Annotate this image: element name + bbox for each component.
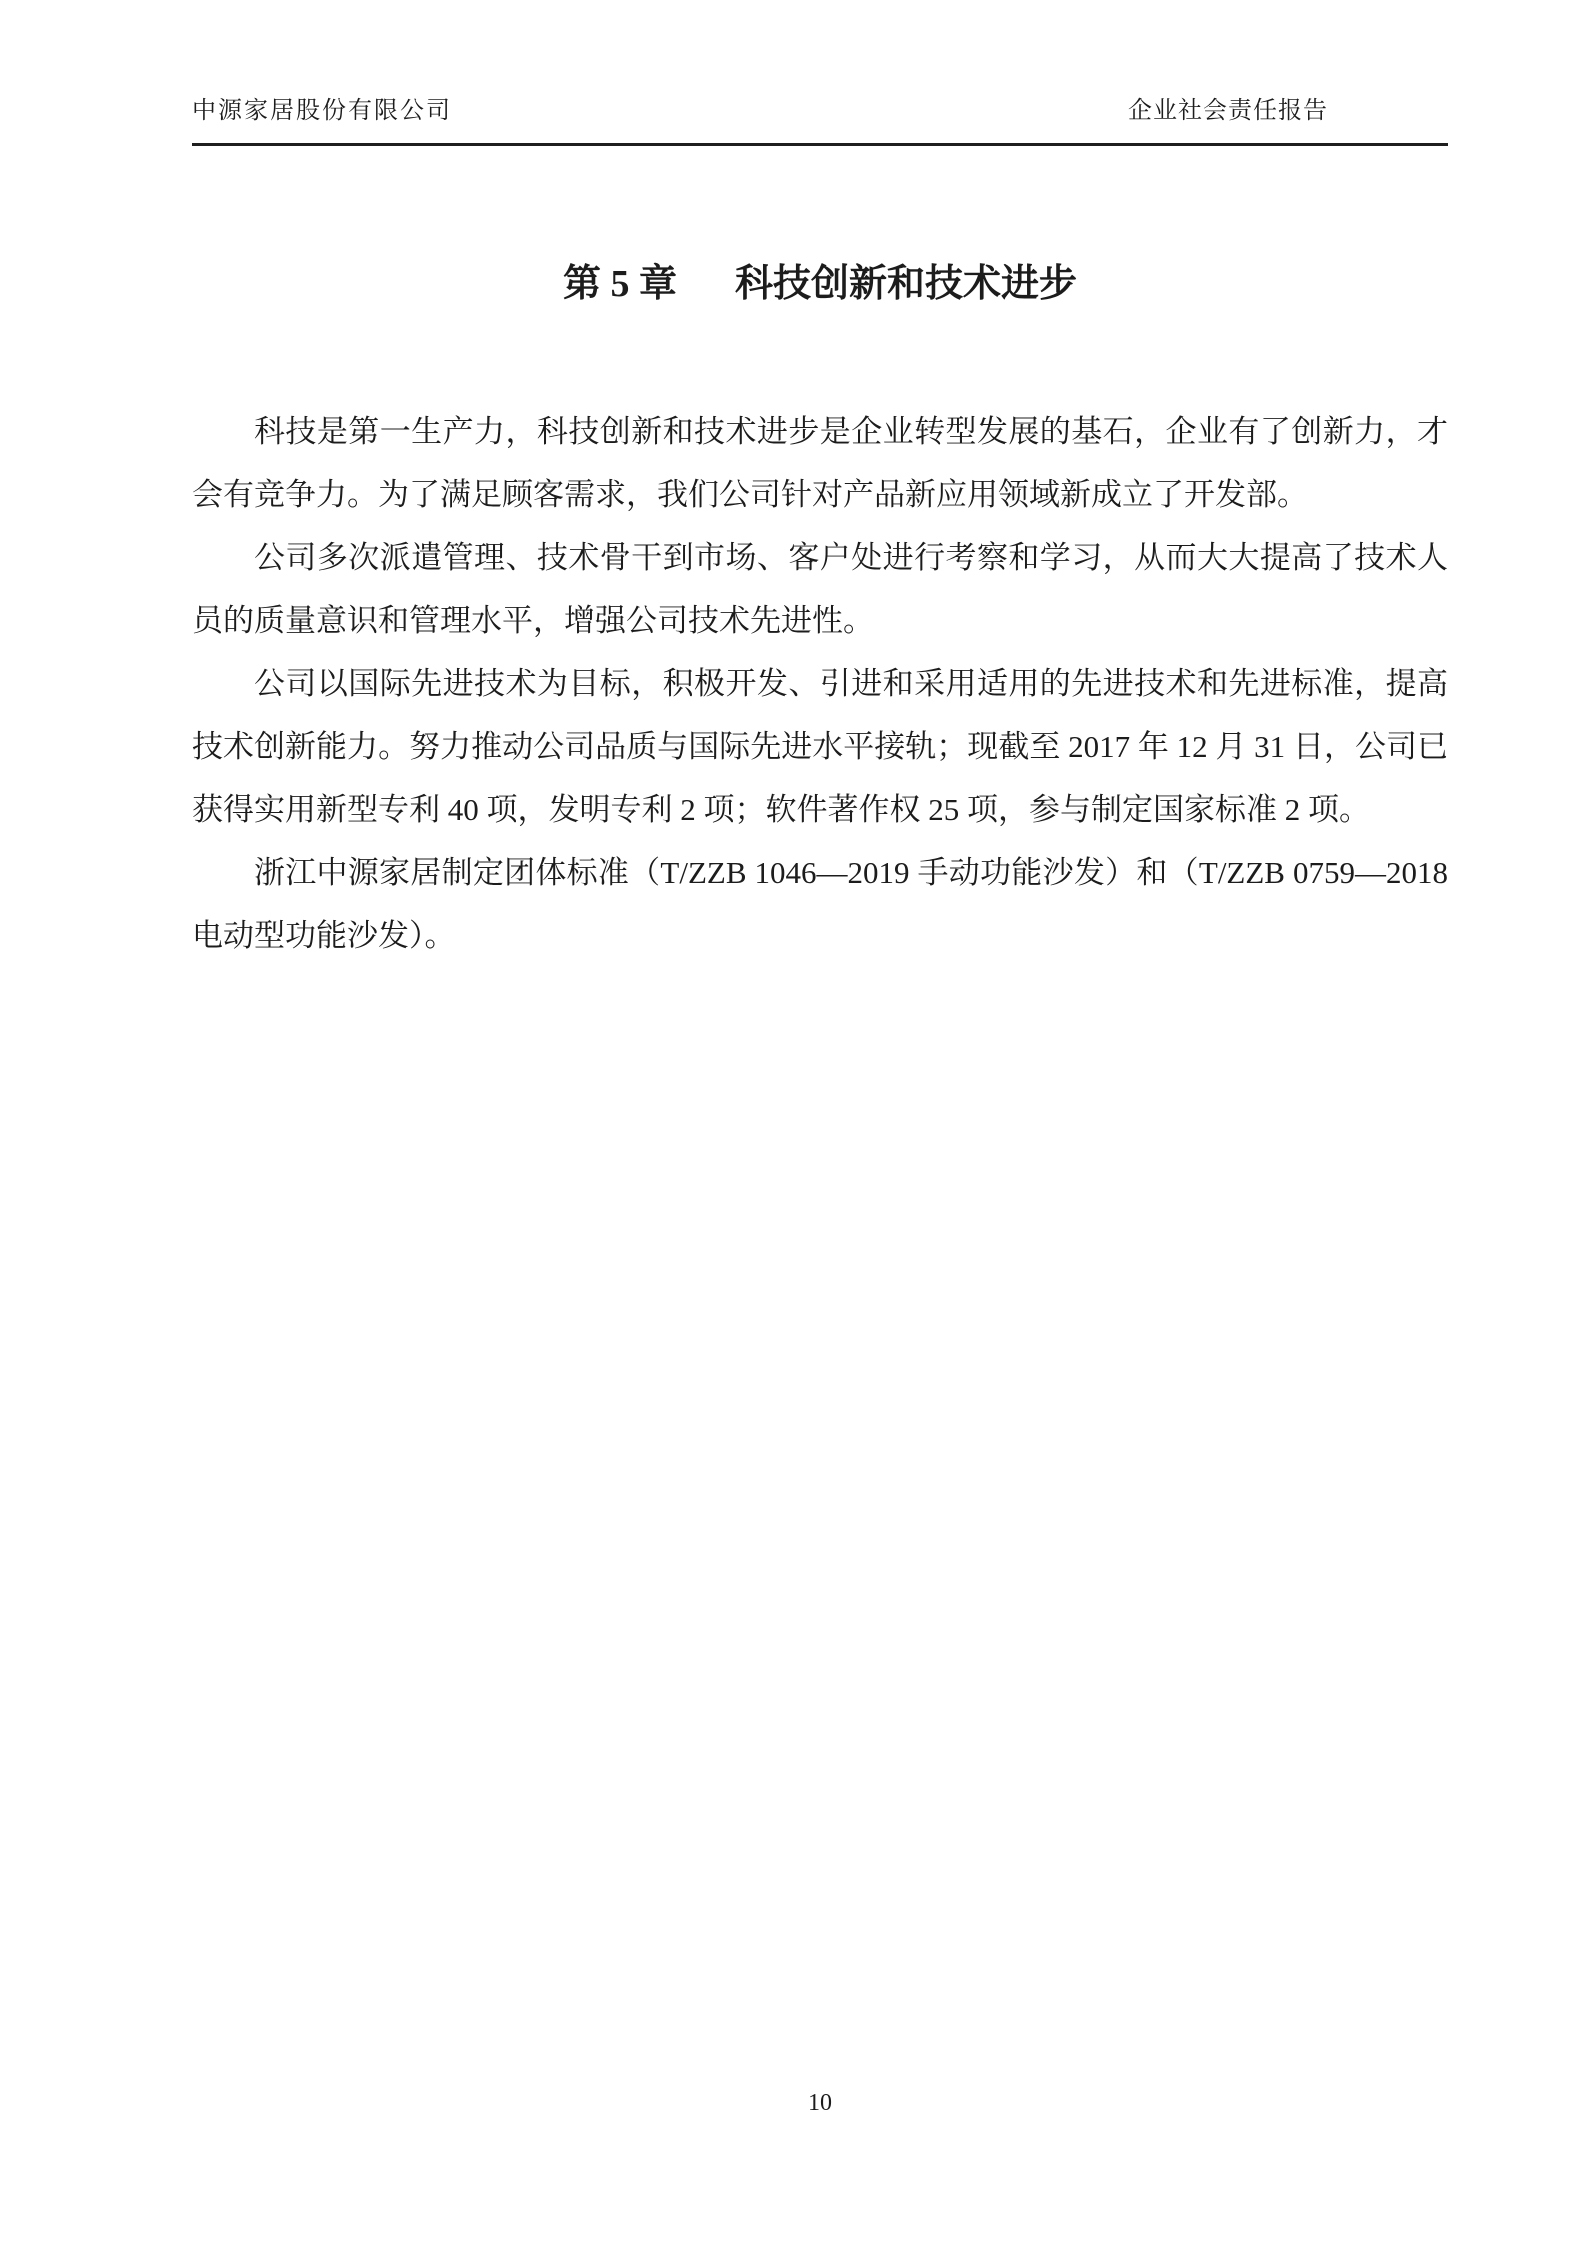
body-text: 科技是第一生产力，科技创新和技术进步是企业转型发展的基石，企业有了创新力，才会有… (192, 400, 1448, 967)
paragraph-1: 科技是第一生产力，科技创新和技术进步是企业转型发展的基石，企业有了创新力，才会有… (192, 400, 1448, 526)
paragraph-2: 公司多次派遣管理、技术骨干到市场、客户处进行考察和学习，从而大大提高了技术人员的… (192, 526, 1448, 652)
header-company-name: 中源家居股份有限公司 (192, 90, 452, 125)
document-page: 中源家居股份有限公司 企业社会责任报告 第 5 章科技创新和技术进步 科技是第一… (0, 0, 1586, 2242)
header-rule (192, 143, 1448, 146)
page-footer: 10 (192, 2090, 1448, 2117)
paragraph-4: 浙江中源家居制定团体标准（T/ZZB 1046—2019 手动功能沙发）和（T/… (192, 841, 1448, 967)
header-report-title: 企业社会责任报告 (1128, 90, 1328, 125)
chapter-number: 第 5 章 (563, 263, 677, 305)
chapter-heading: 第 5 章科技创新和技术进步 (192, 260, 1448, 308)
paragraph-3: 公司以国际先进技术为目标，积极开发、引进和采用适用的先进技术和先进标准，提高技术… (192, 652, 1448, 841)
chapter-title-text: 科技创新和技术进步 (735, 263, 1077, 305)
page-number: 10 (808, 2090, 832, 2116)
